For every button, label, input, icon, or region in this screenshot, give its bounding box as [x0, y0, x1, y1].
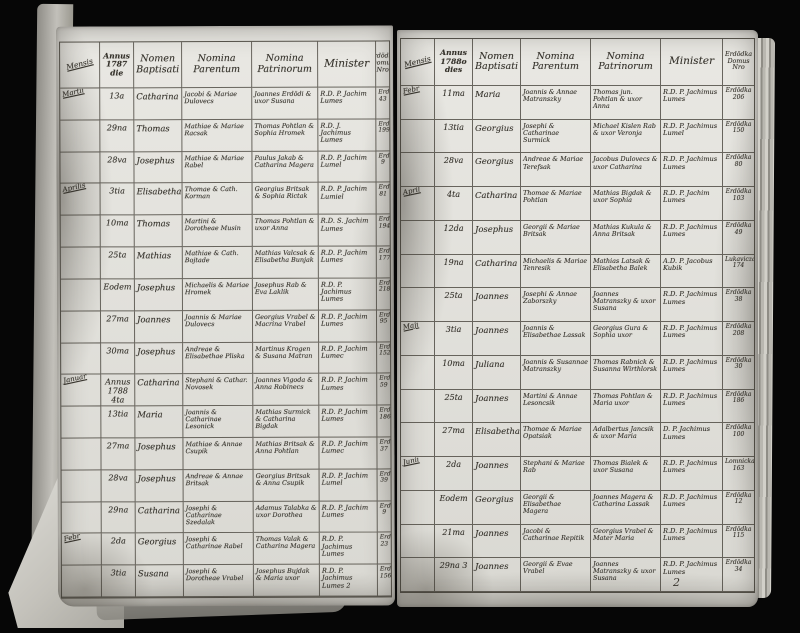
- godparents-cell: Georgius Britsak & Anna Csupik: [254, 469, 320, 501]
- baptised-name-cell: Joannes: [473, 457, 521, 491]
- day-cell: 3tia: [435, 322, 473, 356]
- day-cell: Eodem: [435, 491, 473, 525]
- minister-cell: R.D. P. Jachim Lumiel: [319, 183, 377, 215]
- godparents-cell: Mathias Valcsak & Elisabetha Bunjak: [253, 247, 319, 279]
- house-number-cell: Erdödka 218: [377, 278, 390, 310]
- month-cell: Junii: [401, 457, 435, 491]
- minister-cell: R.D. J. Jachimus Lumes: [318, 119, 376, 151]
- minister-cell: R.D. P. Jachim Lumel: [320, 469, 378, 501]
- house-number-cell: Erdödka 152: [377, 342, 390, 374]
- house-number-cell: Erdödka 81: [377, 183, 390, 215]
- baptised-name-cell: Elisabetha: [135, 184, 183, 216]
- house-number-cell: Erdödka 186: [377, 406, 390, 438]
- minister-cell: R.D. P. Jachimus Lumes: [319, 278, 377, 310]
- godparents-cell: Mathias Britsak & Anna Pohtlan: [253, 438, 319, 470]
- month-cell: [401, 390, 435, 424]
- baptised-name-cell: Catharina: [136, 502, 184, 534]
- month-cell: [61, 438, 101, 470]
- parents-cell: Josephi & Annae Zaborszky: [521, 288, 591, 322]
- parents-cell: Thomae & Mariae Opatsiak: [521, 423, 591, 457]
- month-cell: Febr: [62, 534, 102, 566]
- godparents-cell: Joannes Magera & Catharina Lassak: [591, 491, 661, 525]
- minister-cell: R.D. P. Jachimus Lumes: [661, 390, 723, 424]
- godparents-cell: Michael Kislen Rab & uxor Veronja: [591, 120, 661, 154]
- minister-cell: R.D. P. Jachimus Lumes: [661, 491, 723, 525]
- baptised-name-cell: Georgius: [473, 153, 521, 187]
- month-cell: Januar: [61, 375, 101, 407]
- house-number-cell: Erdödka 194: [377, 215, 390, 247]
- house-number-cell: Erdödka 59: [377, 374, 390, 406]
- house-number-cell: Lukavicza 174: [723, 255, 754, 289]
- parents-cell: Martini & Dorotheae Musin: [183, 215, 253, 247]
- month-cell: [401, 491, 435, 525]
- baptised-name-cell: Juliana: [473, 356, 521, 390]
- baptised-name-cell: Joannes: [473, 288, 521, 322]
- month-cell: [61, 216, 101, 248]
- day-cell: 13tia: [101, 406, 135, 438]
- month-cell: [61, 279, 101, 311]
- nomina-parentum-header: Nomina Parentum: [182, 42, 252, 88]
- baptised-name-cell: Catharina: [473, 187, 521, 221]
- parents-cell: Josephi & Catharinae Szedalak: [184, 501, 254, 533]
- minister-cell: R.D. P. Jachimus Lumes 2: [320, 565, 378, 597]
- register-table-right: Mensis Annus 1788o dies Nomen Baptisati …: [400, 38, 755, 593]
- day-cell: 25ta: [435, 288, 473, 322]
- godparents-cell: Mathias Bigdak & uxor Sophia: [591, 187, 661, 221]
- house-number-cell: Erdödka 156: [378, 565, 391, 597]
- baptised-name-cell: Josephus: [134, 152, 182, 184]
- nomen-baptisati-header: Nomen Baptisati: [473, 39, 521, 86]
- parents-cell: Michaelis & Mariae Hromek: [183, 279, 253, 311]
- month-cell: [401, 558, 435, 592]
- house-number-cell: Erdödka 206: [723, 86, 754, 120]
- nomina-patrinorum-header: Nomina Patrinorum: [252, 42, 318, 88]
- day-cell: 11ma: [435, 86, 473, 120]
- day-cell: 19na: [435, 255, 473, 289]
- godparents-cell: Thomas Pohtlan & Sophia Hromek: [252, 119, 318, 151]
- month-cell: [401, 525, 435, 559]
- month-cell: [60, 152, 100, 184]
- month-cell: [60, 120, 100, 152]
- house-number-cell: Erdödka 37: [377, 437, 390, 469]
- baptised-name-cell: Joannes: [473, 390, 521, 424]
- baptised-name-cell: Maria: [135, 406, 183, 438]
- parents-cell: Mathiae & Mariae Racsak: [182, 120, 252, 152]
- minister-cell: R.D. P. Jachimus Lumes: [661, 322, 723, 356]
- day-cell: 29na: [100, 120, 134, 152]
- baptised-name-cell: Josephus: [135, 279, 183, 311]
- house-number-cell: Erdödka 30: [723, 356, 754, 390]
- godparents-cell: Mathias Surmick & Catharina Bigdak: [253, 406, 319, 438]
- day-cell: 25ta: [101, 247, 135, 279]
- parents-cell: Michaelis & Mariae Tenresik: [521, 255, 591, 289]
- month-cell: [401, 356, 435, 390]
- nomina-parentum-header: Nomina Parentum: [521, 39, 591, 86]
- parents-cell: Georgii & Mariae Britsak: [521, 221, 591, 255]
- register-table-left: Mensis Annus 1787 die Nomen Baptisati No…: [59, 40, 392, 598]
- house-number-cell: Erdödka 186: [723, 390, 754, 424]
- day-cell: Annus 1788 4ta: [101, 375, 135, 407]
- minister-cell: R.D. P. Jachimus Lumes: [661, 525, 723, 559]
- minister-cell: R.D. P. Jachimus Lumes: [661, 221, 723, 255]
- minister-cell: R.D. P. Jachim Lumes: [661, 187, 723, 221]
- month-cell: Febr: [401, 86, 435, 120]
- parents-cell: Georgii & Elisabethae Magera: [521, 491, 591, 525]
- parents-cell: Andreae & Elisabethae Pliska: [183, 342, 253, 374]
- parents-cell: Josephi & Catharinae Surmick: [521, 120, 591, 154]
- month-cell: [401, 255, 435, 289]
- parents-cell: Mathiae & Cath. Bojtade: [183, 247, 253, 279]
- scanned-register-spread: Mensis Annus 1787 die Nomen Baptisati No…: [0, 0, 800, 633]
- baptised-name-cell: Elisabetha: [473, 423, 521, 457]
- day-cell: 27ma: [435, 423, 473, 457]
- godparents-cell: Paulus Jakab & Catharina Magera: [252, 151, 318, 183]
- parents-cell: Jacobi & Mariae Dulovecs: [182, 88, 252, 120]
- godparents-cell: Josephus Rab & Eva Laklik: [253, 279, 319, 311]
- parents-cell: Joannis & Mariae Dulovecs: [183, 311, 253, 343]
- house-number-cell: Erdödka 100: [723, 423, 754, 457]
- month-cell: [401, 423, 435, 457]
- parents-cell: Thomae & Cath. Korman: [183, 183, 253, 215]
- minister-cell: R.D. P. Jachimus Lumes: [320, 533, 378, 565]
- house-number-cell: Lomnicka 163: [723, 457, 754, 491]
- baptised-name-cell: Josephus: [135, 438, 183, 470]
- baptised-name-cell: Georgius: [473, 120, 521, 154]
- minister-header: Minister: [318, 41, 376, 87]
- month-cell: [62, 502, 102, 534]
- parents-cell: Jacobi & Catharinae Repitik: [521, 525, 591, 559]
- minister-cell: R.D. P. Jachim Lumes: [319, 406, 377, 438]
- godparents-cell: Thomas Pohtlan & Maria uxor: [591, 390, 661, 424]
- baptised-name-cell: Mathias: [135, 247, 183, 279]
- parents-cell: Stephani & Cathar. Novosek: [183, 374, 253, 406]
- month-cell: [61, 311, 101, 343]
- baptised-name-cell: Georgius: [136, 534, 184, 566]
- parents-cell: Josephi & Catharinae Rabel: [184, 533, 254, 565]
- day-cell: Eodem: [101, 279, 135, 311]
- month-cell: [61, 247, 101, 279]
- minister-cell: R.D. P. Jachim Lumel: [318, 151, 376, 183]
- house-number-cell: Erdödka 95: [377, 310, 390, 342]
- baptised-name-cell: Joannes: [135, 311, 183, 343]
- minister-cell: D. P. Jachimus Lumes: [661, 423, 723, 457]
- right-page: Mensis Annus 1788o dies Nomen Baptisati …: [397, 30, 758, 607]
- baptised-name-cell: Joannes: [473, 525, 521, 559]
- parents-cell: Mathiae & Mariae Rabel: [182, 152, 252, 184]
- baptised-name-cell: Joannes: [473, 322, 521, 356]
- parents-cell: Stephani & Mariae Rab: [521, 457, 591, 491]
- year-column-header: Annus 1787 die: [100, 42, 134, 88]
- day-cell: 25ta: [435, 390, 473, 424]
- page-number: 2: [673, 576, 680, 589]
- day-cell: 10ma: [435, 356, 473, 390]
- parents-cell: Martini & Annae Lesoncsik: [521, 390, 591, 424]
- month-cell: [61, 343, 101, 375]
- day-cell: 2da: [435, 457, 473, 491]
- baptised-name-cell: Catharina: [134, 88, 182, 120]
- baptised-name-cell: Maria: [473, 86, 521, 120]
- godparents-cell: Adalbertus Jancsik & uxor Maria: [591, 423, 661, 457]
- day-cell: 13tia: [435, 120, 473, 154]
- baptised-name-cell: Josephus: [473, 221, 521, 255]
- mensis-column-header: Mensis: [401, 39, 435, 86]
- parents-cell: Thomae & Mariae Pohtlan: [521, 187, 591, 221]
- godparents-cell: Thomas Pohtlan & uxor Anna: [253, 215, 319, 247]
- house-number-cell: Erdödka 43: [376, 87, 389, 119]
- month-cell: [401, 221, 435, 255]
- minister-cell: R.D. P. Jachim Lumes: [319, 247, 377, 279]
- baptised-name-cell: Georgius: [473, 491, 521, 525]
- house-number-cell: Erdödka 49: [723, 221, 754, 255]
- house-number-cell: Erdödka 38: [723, 288, 754, 322]
- day-cell: 10ma: [101, 216, 135, 248]
- minister-cell: R.D. P. Jachimus Lumes: [661, 457, 723, 491]
- baptised-name-cell: Thomas: [134, 120, 182, 152]
- month-cell: [61, 407, 101, 439]
- house-number-cell: Erdödka 150: [723, 120, 754, 154]
- minister-cell: R.D. P. Jachim Lumes: [320, 501, 378, 533]
- house-number-cell: Erdödka 34: [723, 558, 754, 592]
- nomen-baptisati-header: Nomen Baptisati: [134, 42, 182, 88]
- nomina-patrinorum-header: Nomina Patrinorum: [591, 39, 661, 86]
- minister-cell: R.D. P. Jachim Lumes: [318, 87, 376, 119]
- godparents-cell: Mathias Latsak & Elisabetha Balek: [591, 255, 661, 289]
- godparents-cell: Joannes Erdödi & uxor Susana: [252, 88, 318, 120]
- month-cell: Aprilis: [61, 184, 101, 216]
- month-cell: [401, 120, 435, 154]
- day-cell: 13a: [100, 88, 134, 120]
- house-number-cell: Erdödka 177: [377, 246, 390, 278]
- parents-cell: Joannis & Elisabethae Lassak: [521, 322, 591, 356]
- godparents-cell: Georgius Vrabel & Macrina Vrabel: [253, 310, 319, 342]
- day-cell: 2da: [102, 534, 136, 566]
- minister-cell: A.D. P. Jacobus Kubik: [661, 255, 723, 289]
- day-cell: 27ma: [101, 438, 135, 470]
- house-number-cell: Erdödka 23: [378, 533, 391, 565]
- godparents-cell: Joannes Matranszky & uxor Susana: [591, 288, 661, 322]
- house-number-cell: Erdödka 199: [376, 119, 389, 151]
- godparents-cell: Thomas Valak & Catharina Magera: [254, 533, 320, 565]
- month-cell: [401, 153, 435, 187]
- day-cell: 27ma: [101, 311, 135, 343]
- month-cell: Martii: [60, 88, 100, 120]
- day-cell: 4ta: [435, 187, 473, 221]
- house-number-cell: Erdödka 80: [723, 153, 754, 187]
- godparents-cell: Joannes Matranszky & uxor Susana: [591, 558, 661, 592]
- minister-cell: R.D. P. Jachimus Lumes: [661, 356, 723, 390]
- house-number-cell: Erdödka 103: [723, 187, 754, 221]
- domus-header: Erdödka Domus Nro: [376, 41, 389, 87]
- day-cell: 28va: [435, 153, 473, 187]
- parents-cell: Mathiae & Annae Csupik: [183, 438, 253, 470]
- day-cell: 30ma: [101, 343, 135, 375]
- godparents-cell: Georgius Britsak & Sophia Rictak: [253, 183, 319, 215]
- minister-cell: R.D. P. Jachim Lumes: [319, 374, 377, 406]
- day-cell: 28va: [102, 470, 136, 502]
- month-cell: Maji: [401, 322, 435, 356]
- godparents-cell: Adamus Talabka & uxor Dorothea: [254, 501, 320, 533]
- godparents-cell: Martinus Krogen & Susana Matran: [253, 342, 319, 374]
- minister-cell: R.D. P. Jachimus Lumel: [661, 120, 723, 154]
- minister-header: Minister: [661, 39, 723, 86]
- day-cell: 21ma: [435, 525, 473, 559]
- parents-cell: Josephi & Dorotheae Vrabel: [184, 565, 254, 597]
- month-cell: [62, 470, 102, 502]
- house-number-cell: Erdödka 9: [376, 151, 389, 183]
- minister-cell: R.D. S. Jachim Lumes: [319, 215, 377, 247]
- baptised-name-cell: Susana: [136, 565, 184, 597]
- godparents-cell: Thomas jun. Pohtlan & uxor Anna: [591, 86, 661, 120]
- baptised-name-cell: Josephus: [135, 343, 183, 375]
- domus-header: Erdödka Domus Nro: [723, 39, 754, 86]
- month-cell: [62, 566, 102, 598]
- baptised-name-cell: Thomas: [135, 215, 183, 247]
- minister-cell: R.D. P. Jachim Lumes: [319, 310, 377, 342]
- house-number-cell: Erdödka 9: [378, 501, 391, 533]
- godparents-cell: Jacobus Dulovecs & uxor Catharina: [591, 153, 661, 187]
- parents-cell: Andreae & Mariae Terefsak: [521, 153, 591, 187]
- baptised-name-cell: Joannes: [473, 558, 521, 592]
- day-cell: 29na 3: [435, 558, 473, 592]
- day-cell: 3tia: [101, 184, 135, 216]
- godparents-cell: Mathias Kukula & Anna Britsak: [591, 221, 661, 255]
- day-cell: 12da: [435, 221, 473, 255]
- godparents-cell: Thomas Bialek & uxor Susana: [591, 457, 661, 491]
- mensis-column-header: Mensis: [60, 42, 100, 88]
- minister-cell: R.D. P. Jachim Lumec: [319, 437, 377, 469]
- day-cell: 28va: [100, 152, 134, 184]
- house-number-cell: Erdödka 208: [723, 322, 754, 356]
- year-column-header: Annus 1788o dies: [435, 39, 473, 86]
- minister-cell: R.D. P. Jachimus Lumes: [661, 288, 723, 322]
- godparents-cell: Josephus Bujdak & Maria uxor: [254, 565, 320, 597]
- minister-cell: R.D. P. Jachimus Lumes: [661, 86, 723, 120]
- godparents-cell: Joannes Vigoda & Anna Robinecs: [253, 374, 319, 406]
- parents-cell: Joannis & Annae Matranszky: [521, 86, 591, 120]
- parents-cell: Joannis & Susannae Matranszky: [521, 356, 591, 390]
- parents-cell: Andreae & Annae Britsak: [184, 470, 254, 502]
- day-cell: 3tia: [102, 566, 136, 598]
- godparents-cell: Georgius Vrabel & Mater Maria: [591, 525, 661, 559]
- day-cell: 29na: [102, 502, 136, 534]
- house-number-cell: Erdödka 12: [723, 491, 754, 525]
- house-number-cell: Erdödka 115: [723, 525, 754, 559]
- godparents-cell: Thomas Rabnick & Susanna Wirthlorsk: [591, 356, 661, 390]
- minister-cell: R.D. P. Jachimus Lumes: [661, 558, 723, 592]
- baptised-name-cell: Catharina: [135, 374, 183, 406]
- baptised-name-cell: Catharina: [473, 255, 521, 289]
- month-cell: [401, 288, 435, 322]
- house-number-cell: Erdödka 39: [378, 469, 391, 501]
- left-page: Mensis Annus 1787 die Nomen Baptisati No…: [56, 25, 395, 606]
- minister-cell: R.D. P. Jachim Lumec: [319, 342, 377, 374]
- month-cell: April: [401, 187, 435, 221]
- godparents-cell: Georgius Gura & Sophia uxor: [591, 322, 661, 356]
- minister-cell: R.D. P. Jachimus Lumes: [661, 153, 723, 187]
- parents-cell: Georgii & Evae Vrabel: [521, 558, 591, 592]
- baptised-name-cell: Josephus: [136, 470, 184, 502]
- parents-cell: Joannis & Catharinae Lesonick: [183, 406, 253, 438]
